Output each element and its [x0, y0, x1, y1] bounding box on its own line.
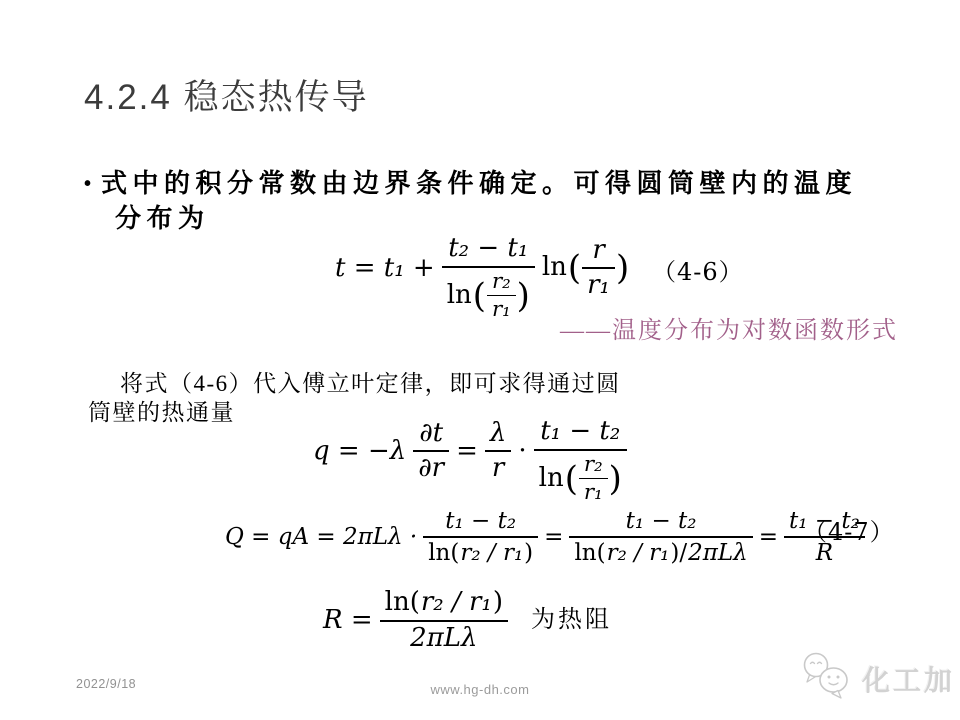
- ratio: r₂ / r₁: [421, 588, 492, 618]
- eqq-lhs: q = −λ: [313, 437, 406, 467]
- equation-label-4-7: （4-7）: [803, 512, 895, 547]
- ln-open: ln(: [574, 540, 605, 566]
- fraction-denominator: ln ( r₂ r₁ ): [534, 451, 627, 506]
- open-paren: (: [565, 460, 578, 499]
- close-paren: ): [609, 460, 622, 499]
- fraction-denominator: ln( r₂ / r₁ ): [423, 538, 538, 566]
- wechat-bubbles-icon: [800, 650, 854, 707]
- fraction-denominator: 2πLλ: [380, 622, 508, 654]
- bullet-text-2: 分布为: [115, 203, 210, 233]
- nested-fraction: r₂ r₁: [487, 270, 516, 323]
- ratio: r₂ / r₁: [607, 540, 670, 566]
- eq46-main-fraction: t₂ − t₁ ln ( r₂ r₁ ): [442, 234, 535, 323]
- ln-open: ln(: [385, 588, 420, 618]
- open-paren: (: [473, 277, 486, 316]
- nested-denominator: r₁: [582, 269, 615, 301]
- eq46-lhs: t = t₁ +: [335, 254, 435, 284]
- equals-sign: =: [759, 524, 778, 550]
- partial-derivative-fraction: ∂t ∂r: [413, 419, 449, 485]
- bullet-paragraph: •式中的积分常数由边界条件确定。可得圆筒壁内的温度 分布为: [84, 166, 857, 235]
- equals-sign: =: [456, 437, 478, 467]
- logo-text: 化工加: [862, 659, 955, 699]
- page-title: 4.2.4 稳态热传导: [84, 70, 369, 120]
- nested-numerator: r: [582, 236, 615, 270]
- eq47-fraction-2: t₁ − t₂ ln( r₂ / r₁ )/ 2πLλ: [569, 508, 752, 567]
- equation-R: R = ln( r₂ / r₁ ) 2πLλ 为热阻: [323, 588, 612, 654]
- bullet-marker: •: [84, 167, 91, 201]
- logarithmic-note: ——温度分布为对数函数形式: [560, 310, 898, 345]
- eqq-main-fraction: t₁ − t₂ ln ( r₂ r₁ ): [534, 417, 627, 506]
- close-paren: ): [517, 277, 530, 316]
- eqR-lhs: R =: [323, 606, 373, 636]
- fraction-denominator: ln( r₂ / r₁ )/ 2πLλ: [569, 538, 752, 566]
- lambda-over-r-fraction: λ r: [485, 419, 511, 485]
- close-paren-slash: )/: [670, 540, 687, 566]
- ln-open: ln(: [428, 540, 459, 566]
- close-paren: ): [524, 540, 533, 566]
- fraction-numerator: ∂t: [413, 419, 449, 453]
- fraction-numerator: λ: [485, 419, 511, 453]
- slide: 4.2.4 稳态热传导 •式中的积分常数由边界条件确定。可得圆筒壁内的温度 分布…: [0, 0, 960, 720]
- eq47-lhs: Q = qA = 2πLλ ·: [225, 524, 417, 550]
- eq46-ln-term: ln ( r r₁ ): [542, 236, 629, 302]
- paragraph-line-1: 将式（4-6）代入傅立叶定律，即可求得通过圆: [88, 369, 621, 398]
- bullet-line-2: 分布为: [84, 201, 857, 235]
- open-paren: (: [568, 249, 581, 288]
- equation-4-6: t = t₁ + t₂ − t₁ ln ( r₂ r₁ ) ln ( r r₁ …: [335, 234, 629, 303]
- bullet-text-1: 式中的积分常数由边界条件确定。可得圆筒壁内的温度: [101, 168, 857, 198]
- equation-q: q = −λ ∂t ∂r = λ r · t₁ − t₂ ln ( r₂ r₁ …: [313, 417, 627, 486]
- fraction-denominator: ln ( r₂ r₁ ): [442, 268, 535, 323]
- nested-numerator: r₂: [487, 270, 516, 297]
- nested-denominator: r₁: [579, 479, 608, 506]
- equation-label-4-6: （4-6）: [652, 252, 744, 287]
- dot-operator: ·: [518, 437, 526, 467]
- bullet-line-1: •式中的积分常数由边界条件确定。可得圆筒壁内的温度: [84, 166, 857, 201]
- ln-operator: ln: [542, 253, 567, 283]
- nested-fraction: r r₁: [582, 236, 615, 302]
- fraction-numerator: t₁ − t₂: [569, 508, 752, 538]
- fraction-numerator: t₂ − t₁: [442, 234, 535, 268]
- nested-denominator: r₁: [487, 296, 516, 323]
- equation-4-7: Q = qA = 2πLλ · t₁ − t₂ ln( r₂ / r₁ ) = …: [225, 508, 865, 567]
- ln-operator: ln: [447, 281, 472, 311]
- close-paren: ): [493, 588, 503, 618]
- nested-fraction: r₂ r₁: [579, 453, 608, 506]
- nested-numerator: r₂: [579, 453, 608, 480]
- two-pi-L-lambda: 2πLλ: [688, 540, 748, 566]
- close-paren: ): [616, 249, 629, 288]
- fraction-denominator: ∂r: [413, 452, 449, 484]
- fraction-numerator: t₁ − t₂: [423, 508, 538, 538]
- ratio: r₂ / r₁: [460, 540, 523, 566]
- fraction-denominator: r: [485, 452, 511, 484]
- eq47-fraction-1: t₁ − t₂ ln( r₂ / r₁ ): [423, 508, 538, 567]
- ln-operator: ln: [539, 464, 564, 494]
- equals-sign: =: [544, 524, 563, 550]
- watermark-logo: 化工加: [800, 650, 955, 707]
- fraction-numerator: ln( r₂ / r₁ ): [380, 588, 508, 622]
- eqR-fraction: ln( r₂ / r₁ ) 2πLλ: [380, 588, 508, 654]
- thermal-resistance-note: 为热阻: [531, 607, 612, 635]
- fraction-numerator: t₁ − t₂: [534, 417, 627, 451]
